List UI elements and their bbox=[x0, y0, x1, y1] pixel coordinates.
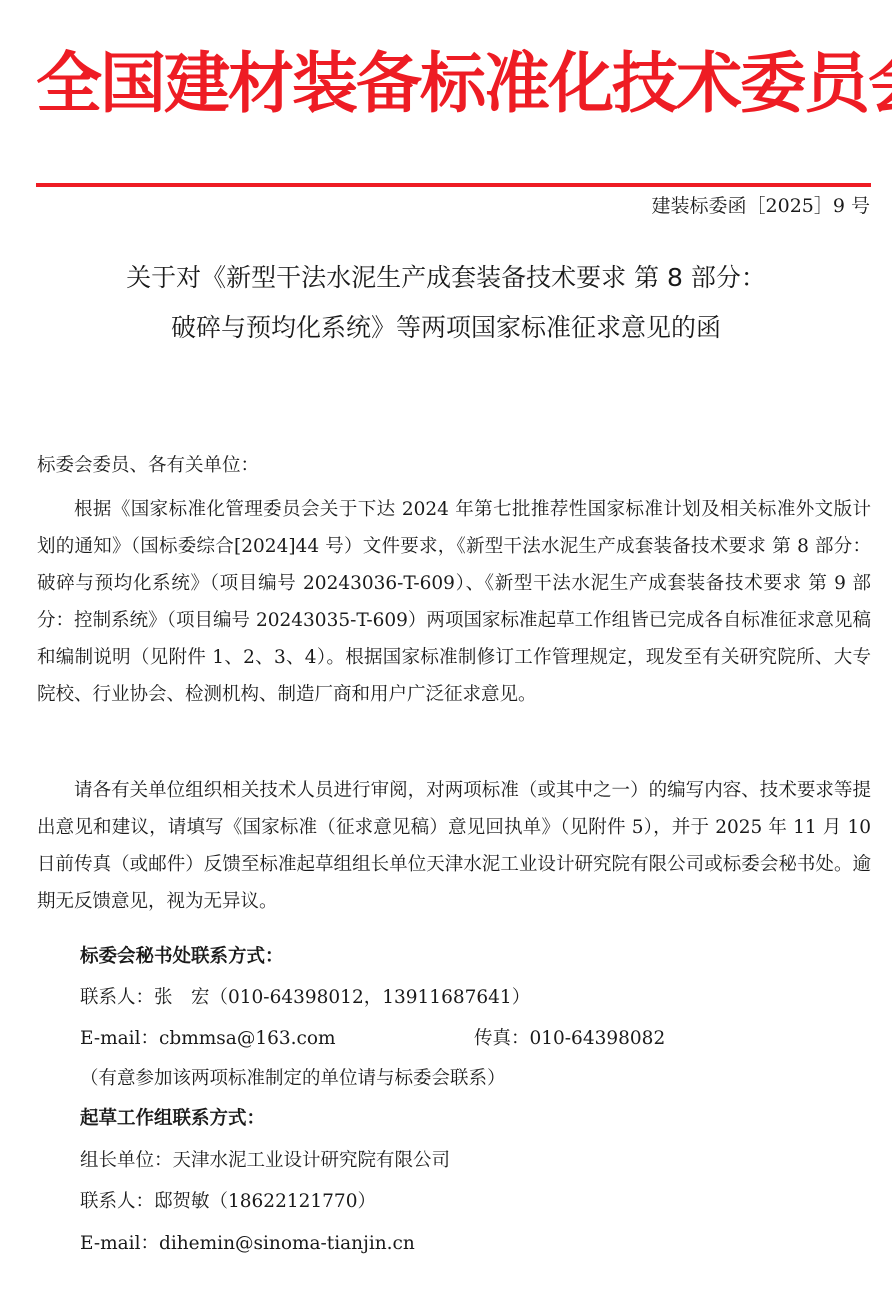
participation-note: （有意参加该两项标准制定的单位请与标委会联系） bbox=[80, 1064, 506, 1094]
organization-title: 全国建材装备标准化技术委员会 bbox=[36, 38, 872, 128]
secretariat-contact-heading: 标委会秘书处联系方式： bbox=[80, 942, 284, 972]
body-paragraph-1: 根据《国家标准化管理委员会关于下达 2024 年第七批推荐性国家标准计划及相关标… bbox=[37, 491, 871, 713]
salutation: 标委会委员、各有关单位： bbox=[37, 448, 871, 485]
drafting-lead-unit: 组长单位：天津水泥工业设计研究院有限公司 bbox=[80, 1146, 450, 1176]
drafting-email: E-mail：dihemin@sinoma-tianjin.cn bbox=[80, 1229, 415, 1259]
secretariat-contact-person: 联系人：张 宏（010-64398012，13911687641） bbox=[80, 983, 530, 1013]
document-number: 建装标委函［2025］9 号 bbox=[652, 192, 870, 220]
secretariat-contact-row: E-mail：cbmmsa@163.com 传真：010-64398082 bbox=[80, 1024, 880, 1054]
drafting-group-contact-heading: 起草工作组联系方式： bbox=[80, 1104, 265, 1134]
red-divider bbox=[36, 183, 871, 187]
secretariat-fax: 传真：010-64398082 bbox=[474, 1024, 665, 1054]
letter-title-line-2: 破碎与预均化系统》等两项国家标准征求意见的函 bbox=[0, 311, 892, 345]
secretariat-email: E-mail：cbmmsa@163.com bbox=[80, 1028, 336, 1049]
letter-title-line-1: 关于对《新型干法水泥生产成套装备技术要求 第 8 部分： bbox=[0, 261, 892, 295]
body-paragraph-2: 请各有关单位组织相关技术人员进行审阅，对两项标准（或其中之一）的编写内容、技术要… bbox=[37, 772, 871, 920]
drafting-contact-person: 联系人：邸贺敏（18622121770） bbox=[80, 1187, 376, 1217]
